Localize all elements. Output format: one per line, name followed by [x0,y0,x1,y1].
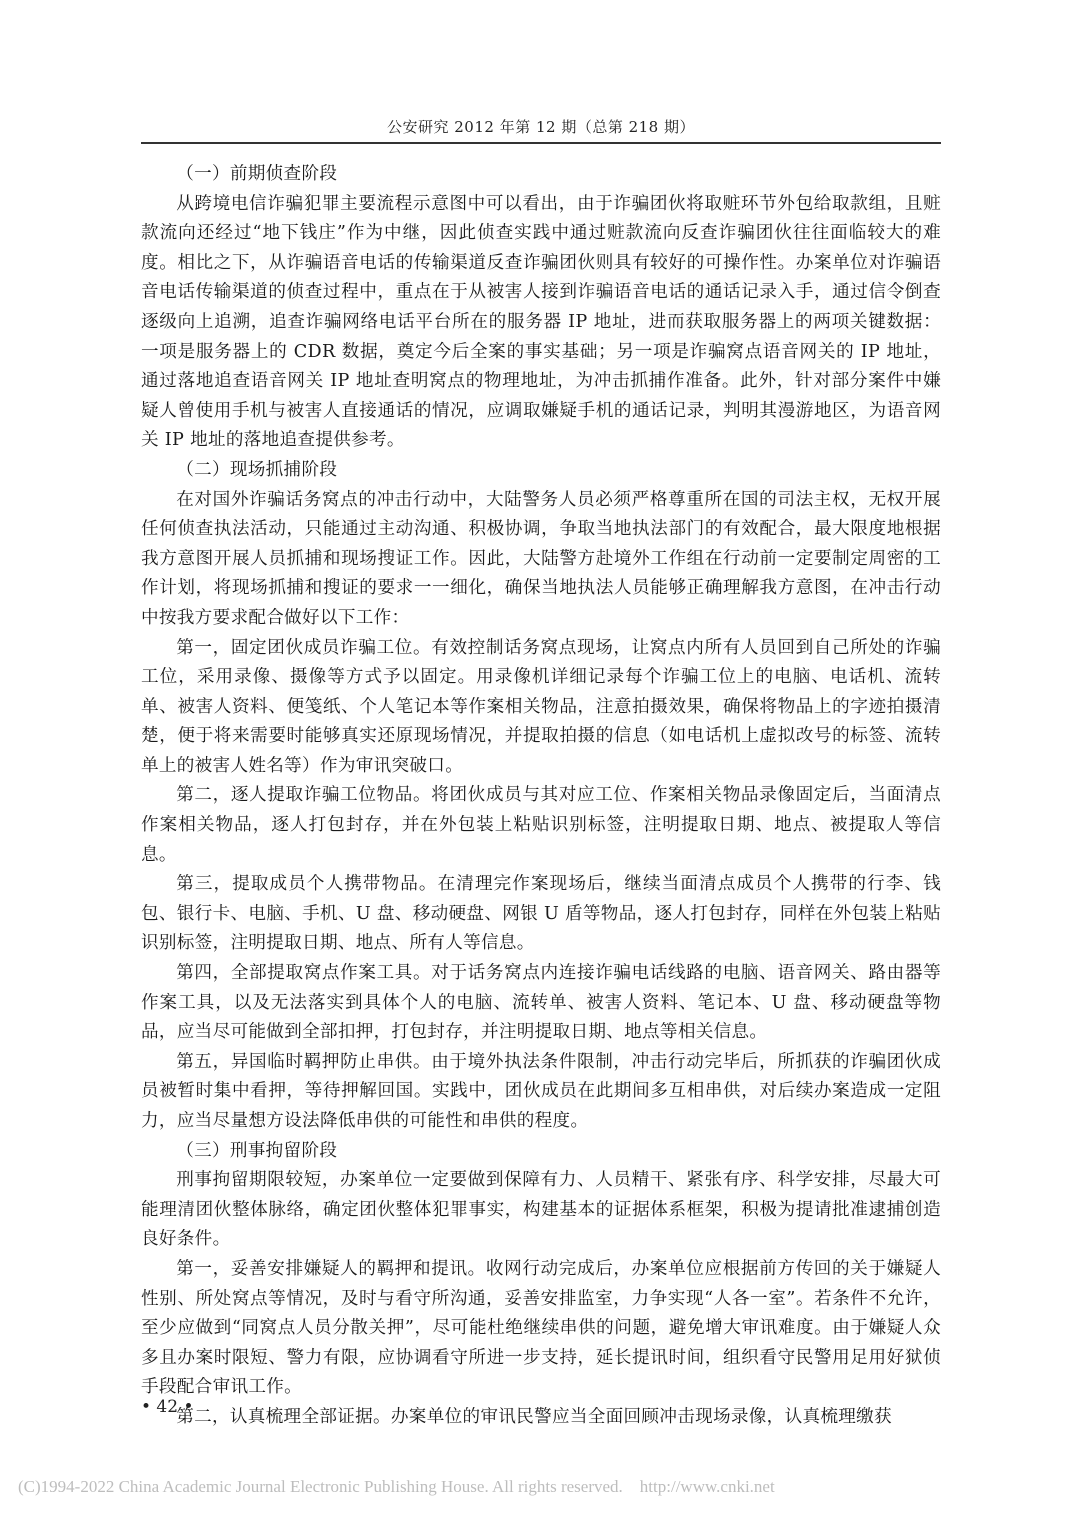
section-heading-2: （二）现场抓捕阶段 [141,456,941,486]
paragraph: 第二，认真梳理全部证据。办案单位的审讯民警应当全面回顾冲击现场录像，认真梳理缴获 [141,1403,941,1433]
paragraph: 第三，提取成员个人携带物品。在清理完作案现场后，继续当面清点成员个人携带的行李、… [141,870,941,959]
header-rule [141,142,941,144]
section-heading-1: （一）前期侦查阶段 [141,160,941,190]
section-heading-3: （三）刑事拘留阶段 [141,1137,941,1167]
running-header: 公安研究 2012 年第 12 期（总第 218 期） [141,117,941,137]
paragraph: 第二，逐人提取诈骗工位物品。将团伙成员与其对应工位、作案相关物品录像固定后，当面… [141,781,941,870]
copyright-notice: (C)1994-2022 China Academic Journal Elec… [18,1476,775,1498]
article-body: （一）前期侦查阶段 从跨境电信诈骗犯罪主要流程示意图中可以看出，由于诈骗团伙将取… [141,160,941,1433]
page-number: • 42 • [141,1395,194,1419]
paragraph: 第一，妥善安排嫌疑人的羁押和提讯。收网行动完成后，办案单位应根据前方传回的关于嫌… [141,1255,941,1403]
paragraph: 第四，全部提取窝点作案工具。对于话务窝点内连接诈骗电话线路的电脑、语音网关、路由… [141,959,941,1048]
paragraph: 第一，固定团伙成员诈骗工位。有效控制话务窝点现场，让窝点内所有人员回到自己所处的… [141,634,941,782]
paragraph: 从跨境电信诈骗犯罪主要流程示意图中可以看出，由于诈骗团伙将取赃环节外包给取款组，… [141,190,941,456]
paragraph: 在对国外诈骗话务窝点的冲击行动中，大陆警务人员必须严格尊重所在国的司法主权，无权… [141,486,941,634]
paragraph: 刑事拘留期限较短，办案单位一定要做到保障有力、人员精干、紧张有序、科学安排，尽最… [141,1166,941,1255]
paragraph: 第五，异国临时羁押防止串供。由于境外执法条件限制，冲击行动完毕后，所抓获的诈骗团… [141,1048,941,1137]
